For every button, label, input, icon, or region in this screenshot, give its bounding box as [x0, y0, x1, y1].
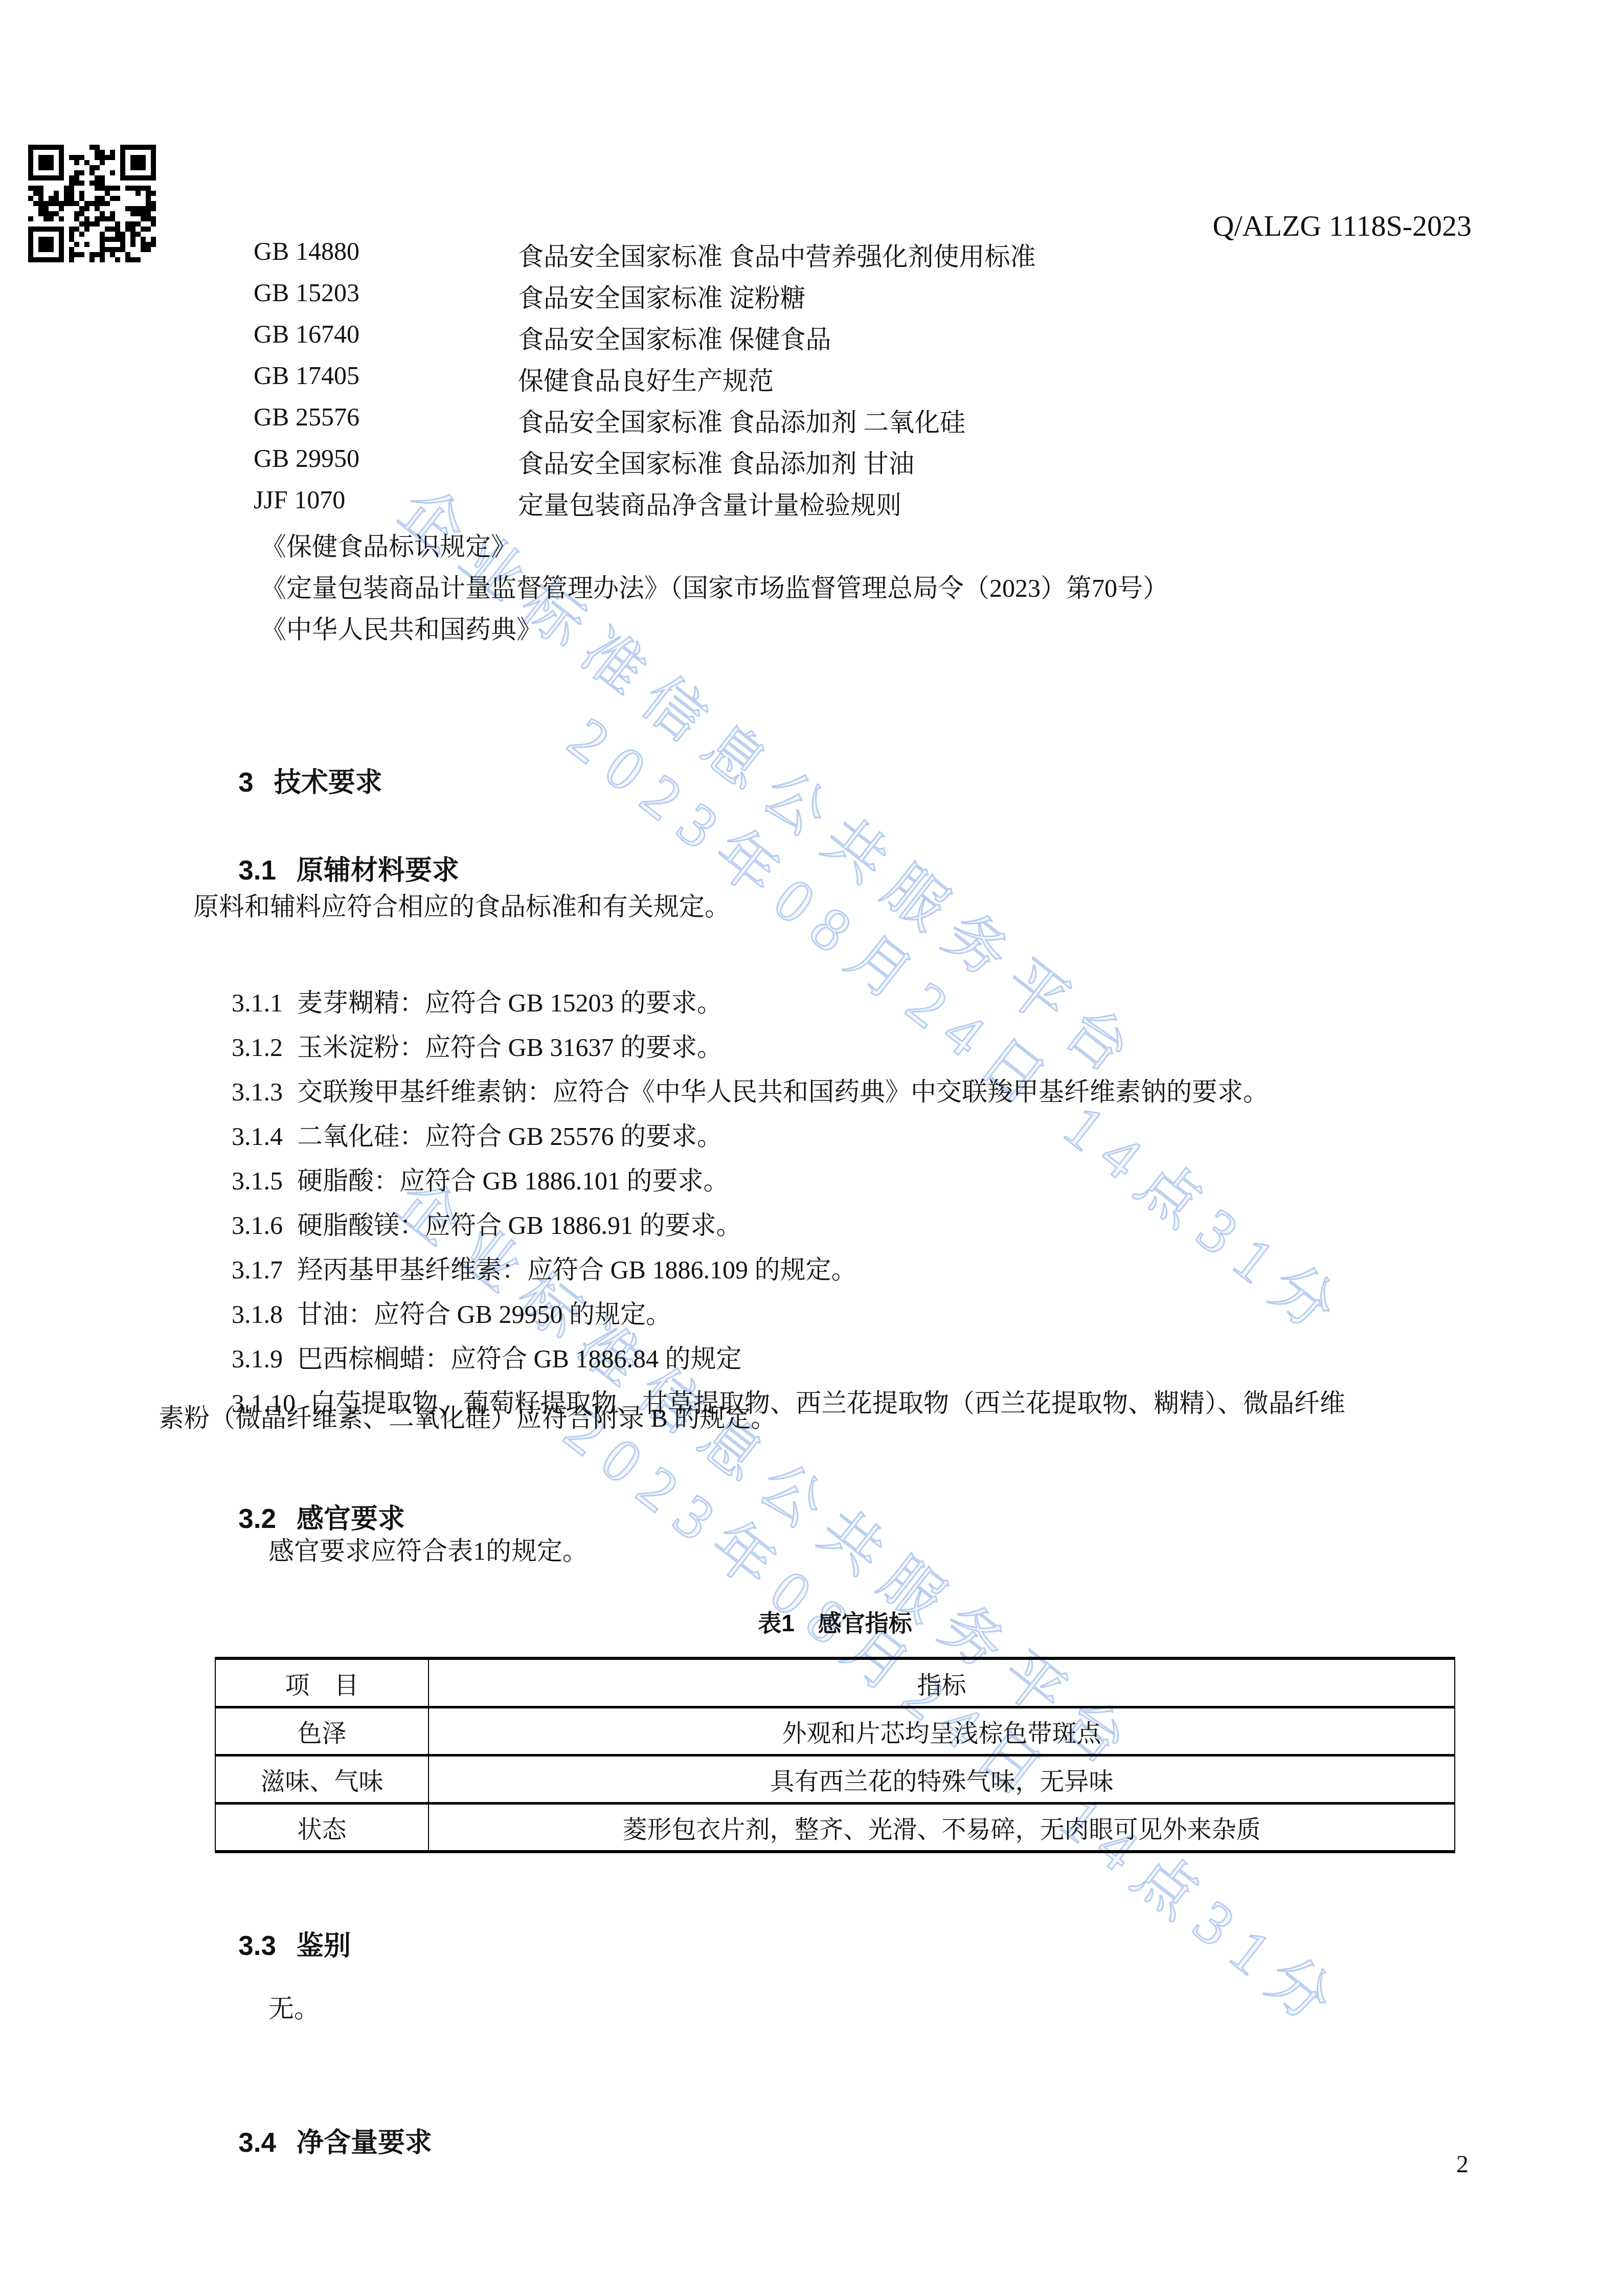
heading-title: 鉴别 [297, 1931, 351, 1961]
table1-caption: 表1 感官指标 [215, 1605, 1455, 1638]
reference-document: 《保健食品标识规定》 [261, 526, 516, 563]
standard-title: 食品安全国家标准 淀粉糖 [518, 278, 806, 314]
standard-title: 食品安全国家标准 食品添加剂 二氧化硅 [518, 402, 965, 439]
standard-title: 定量包装商品净含量计量检验规则 [518, 485, 901, 522]
heading-title: 原辅材料要求 [297, 856, 459, 886]
table1-row-item: 色泽 [215, 1707, 428, 1755]
standard-row: GB 29950 食品安全国家标准 食品添加剂 甘油 [0, 443, 1624, 474]
standard-code: JJF 1070 [254, 485, 345, 514]
standard-code: GB 17405 [254, 361, 359, 390]
heading-3-3: 3.3鉴别 [193, 1900, 351, 1993]
paragraph-3-3-body: 无。 [268, 1994, 320, 2024]
reference-document: 《定量包装商品计量监督管理办法》（国家市场监督管理总局令（2023）第70号） [261, 568, 1168, 604]
table1-sensory-indicators: 项 目 指标 色泽 外观和片芯均呈浅棕色带斑点 滋味、气味 具有西兰花的特殊气味… [215, 1657, 1455, 1853]
standard-row: GB 15203 食品安全国家标准 淀粉糖 [0, 278, 1624, 308]
heading-3-4: 3.4净含量要求 [193, 2097, 432, 2190]
standard-code: GB 25576 [254, 402, 359, 432]
standard-title: 食品安全国家标准 保健食品 [518, 319, 831, 356]
heading-number: 3.2 [238, 1504, 276, 1535]
table-row: 滋味、气味 具有西兰花的特殊气味，无异味 [215, 1755, 1455, 1804]
heading-number: 3 [238, 768, 253, 799]
table1-row-value: 菱形包衣片剂，整齐、光滑、不易碎，无肉眼可见外来杂质 [428, 1804, 1455, 1852]
standard-code: GB 16740 [254, 319, 359, 349]
paragraph-3-1-intro: 原料和辅料应符合相应的食品标准和有关规定。 [193, 892, 730, 922]
document-page: 企业标准信息公共服务平台 2023年08月24日 14点31分 企业标准信息公共… [0, 0, 1624, 2296]
standard-row: GB 14880 食品安全国家标准 食品中营养强化剂使用标准 [0, 236, 1624, 267]
table1-header-row: 项 目 指标 [215, 1658, 1455, 1707]
standard-row: GB 25576 食品安全国家标准 食品添加剂 二氧化硅 [0, 402, 1624, 433]
table1-row-value: 外观和片芯均呈浅棕色带斑点 [428, 1707, 1455, 1755]
standard-title: 食品安全国家标准 食品中营养强化剂使用标准 [518, 236, 1036, 273]
table1-header-indicator: 指标 [428, 1658, 1455, 1707]
heading-title: 感官要求 [297, 1504, 405, 1534]
standard-code: GB 14880 [254, 236, 359, 266]
page-number: 2 [1456, 2150, 1469, 2178]
heading-title: 技术要求 [274, 768, 382, 798]
standard-row: JJF 1070 定量包装商品净含量计量检验规则 [0, 485, 1624, 515]
item-3-1-10-wrap: 素粉（微晶纤维素、二氧化硅）应符合附录 B 的规定。 [159, 1404, 776, 1433]
table-row: 状态 菱形包衣片剂，整齐、光滑、不易碎，无肉眼可见外来杂质 [215, 1804, 1455, 1852]
standard-title: 食品安全国家标准 食品添加剂 甘油 [518, 443, 914, 480]
heading-title: 净含量要求 [297, 2128, 432, 2158]
standard-row: GB 17405 保健食品良好生产规范 [0, 361, 1624, 391]
heading-number: 3.1 [238, 856, 276, 887]
standard-code: GB 29950 [254, 443, 359, 473]
table1-row-item: 状态 [215, 1804, 428, 1852]
table-row: 色泽 外观和片芯均呈浅棕色带斑点 [215, 1707, 1455, 1755]
reference-document: 《中华人民共和国药典》 [261, 609, 542, 646]
standard-code: GB 15203 [254, 278, 359, 307]
table1-row-item: 滋味、气味 [215, 1755, 428, 1804]
standard-row: GB 16740 食品安全国家标准 保健食品 [0, 319, 1624, 350]
paragraph-3-2-intro: 感官要求应符合表1的规定。 [268, 1537, 588, 1566]
heading-number: 3.4 [238, 2128, 276, 2159]
standard-title: 保健食品良好生产规范 [518, 361, 774, 397]
table1-row-value: 具有西兰花的特殊气味，无异味 [428, 1755, 1455, 1804]
heading-number: 3.3 [238, 1931, 276, 1962]
heading-3: 3技术要求 [193, 736, 382, 830]
table1-header-item: 项 目 [215, 1658, 428, 1707]
